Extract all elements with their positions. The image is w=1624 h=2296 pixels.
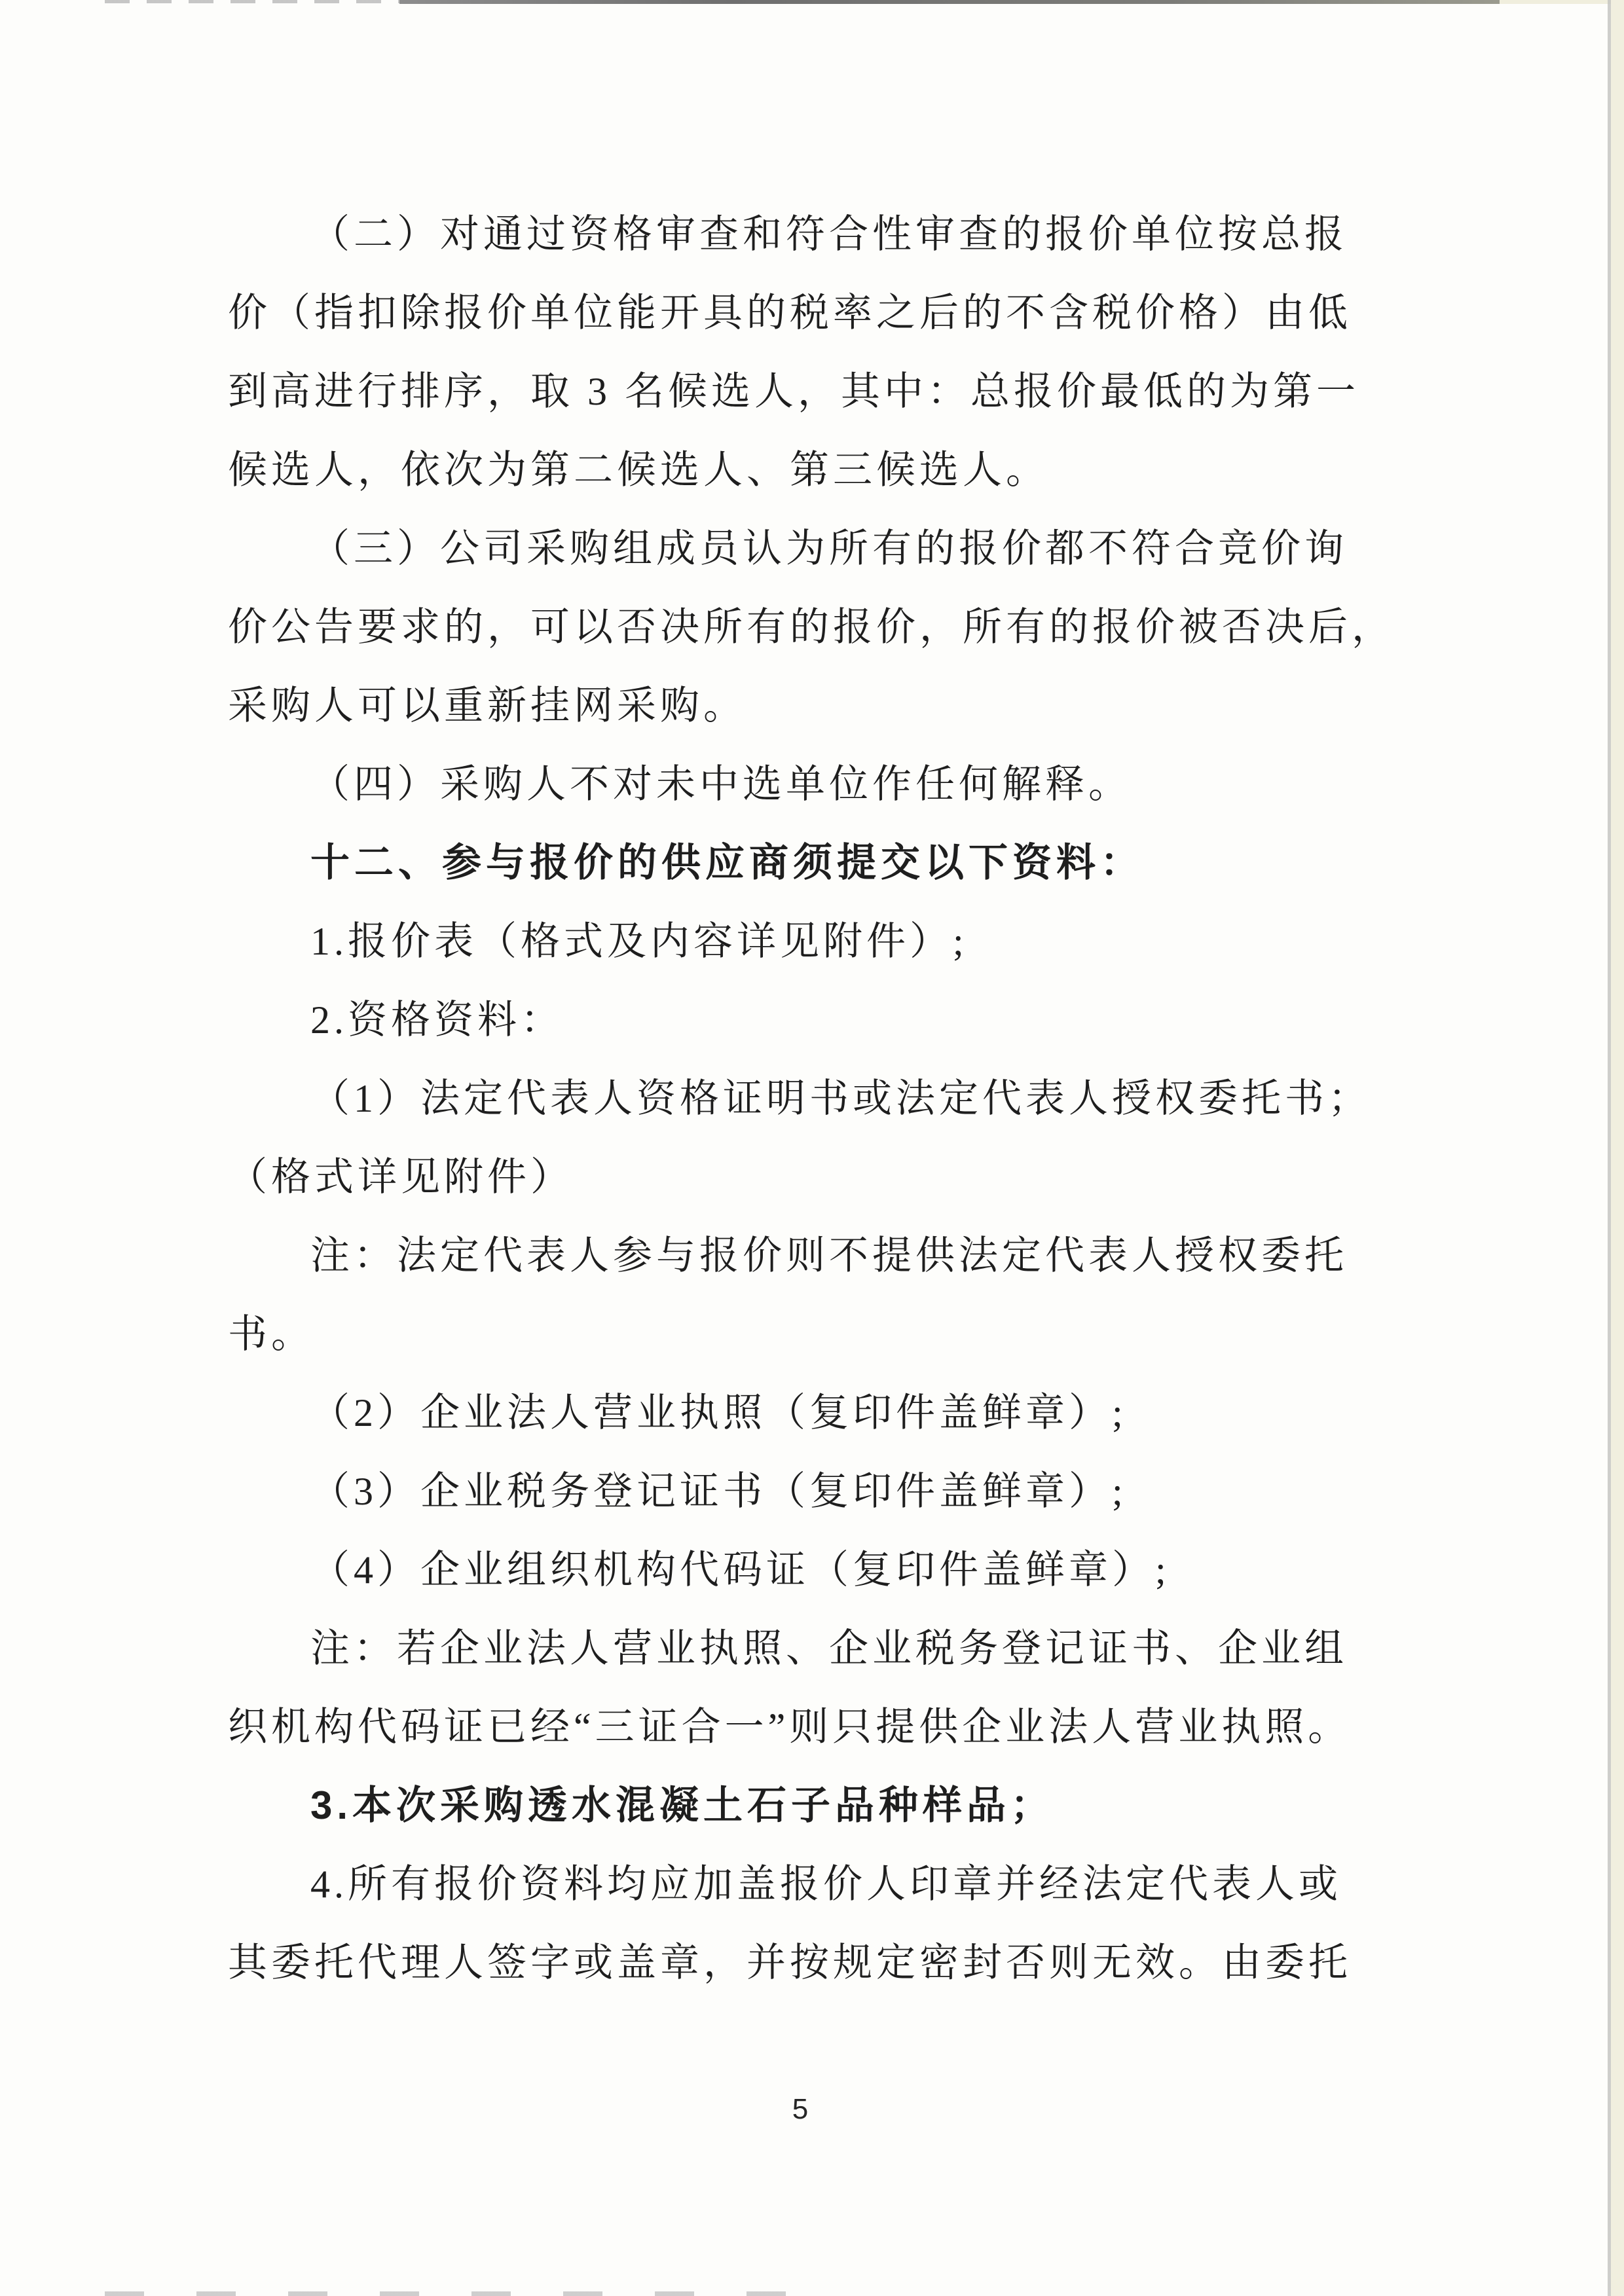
text-line: （1）法定代表人资格证明书或法定代表人授权委托书；: [228, 1059, 1407, 1138]
text-line: 采购人可以重新挂网采购。: [228, 666, 1407, 745]
text-line: 价公告要求的，可以否决所有的报价，所有的报价被否决后，: [228, 588, 1407, 666]
text-line: 书。: [228, 1295, 1407, 1374]
text-line: （四）采购人不对未中选单位作任何解释。: [228, 745, 1407, 824]
section-heading: 十二、参与报价的供应商须提交以下资料：: [228, 824, 1407, 902]
text-line: 候选人，依次为第二候选人、第三候选人。: [228, 431, 1407, 509]
text-line: 其委托代理人签字或盖章，并按规定密封否则无效。由委托: [228, 1923, 1407, 2002]
scan-artifact-top-edge: [399, 0, 1500, 4]
text-line: 价（指扣除报价单位能开具的税率之后的不含税价格）由低: [228, 274, 1407, 352]
text-line: （2）企业法人营业执照（复印件盖鲜章）;: [228, 1374, 1407, 1452]
emphasized-item: 3.本次采购透水混凝土石子品种样品；: [228, 1766, 1407, 1845]
text-line: 注：法定代表人参与报价则不提供法定代表人授权委托: [228, 1216, 1407, 1295]
text-line: （二）对通过资格审查和符合性审查的报价单位按总报: [228, 195, 1407, 274]
text-line: （三）公司采购组成员认为所有的报价都不符合竞价询: [228, 509, 1407, 588]
scan-artifact-bottom-edge: [105, 2291, 825, 2296]
text-line: 注：若企业法人营业执照、企业税务登记证书、企业组: [228, 1609, 1407, 1688]
text-line: 1.报价表（格式及内容详见附件）;: [228, 902, 1407, 981]
scan-artifact-right-edge: [1611, 0, 1624, 2296]
text-line: （3）企业税务登记证书（复印件盖鲜章）;: [228, 1452, 1407, 1531]
scan-artifact-top-left-edge: [105, 0, 399, 3]
scan-artifact-right-line: [1608, 0, 1611, 2296]
text-line: （格式详见附件）: [228, 1138, 1407, 1216]
scan-artifact-top-right-edge: [1500, 0, 1624, 4]
document-page: （二）对通过资格审查和符合性审查的报价单位按总报 价（指扣除报价单位能开具的税率…: [0, 0, 1624, 2296]
text-line: 4.所有报价资料均应加盖报价人印章并经法定代表人或: [228, 1845, 1407, 1923]
text-line: 到高进行排序，取 3 名候选人，其中：总报价最低的为第一: [228, 352, 1407, 431]
text-line: 织机构代码证已经“三证合一”则只提供企业法人营业执照。: [228, 1688, 1407, 1766]
page-number: 5: [0, 2090, 1600, 2129]
text-line: 2.资格资料：: [228, 981, 1407, 1059]
document-body: （二）对通过资格审查和符合性审查的报价单位按总报 价（指扣除报价单位能开具的税率…: [228, 195, 1407, 2002]
text-line: （4）企业组织机构代码证（复印件盖鲜章）;: [228, 1531, 1407, 1609]
